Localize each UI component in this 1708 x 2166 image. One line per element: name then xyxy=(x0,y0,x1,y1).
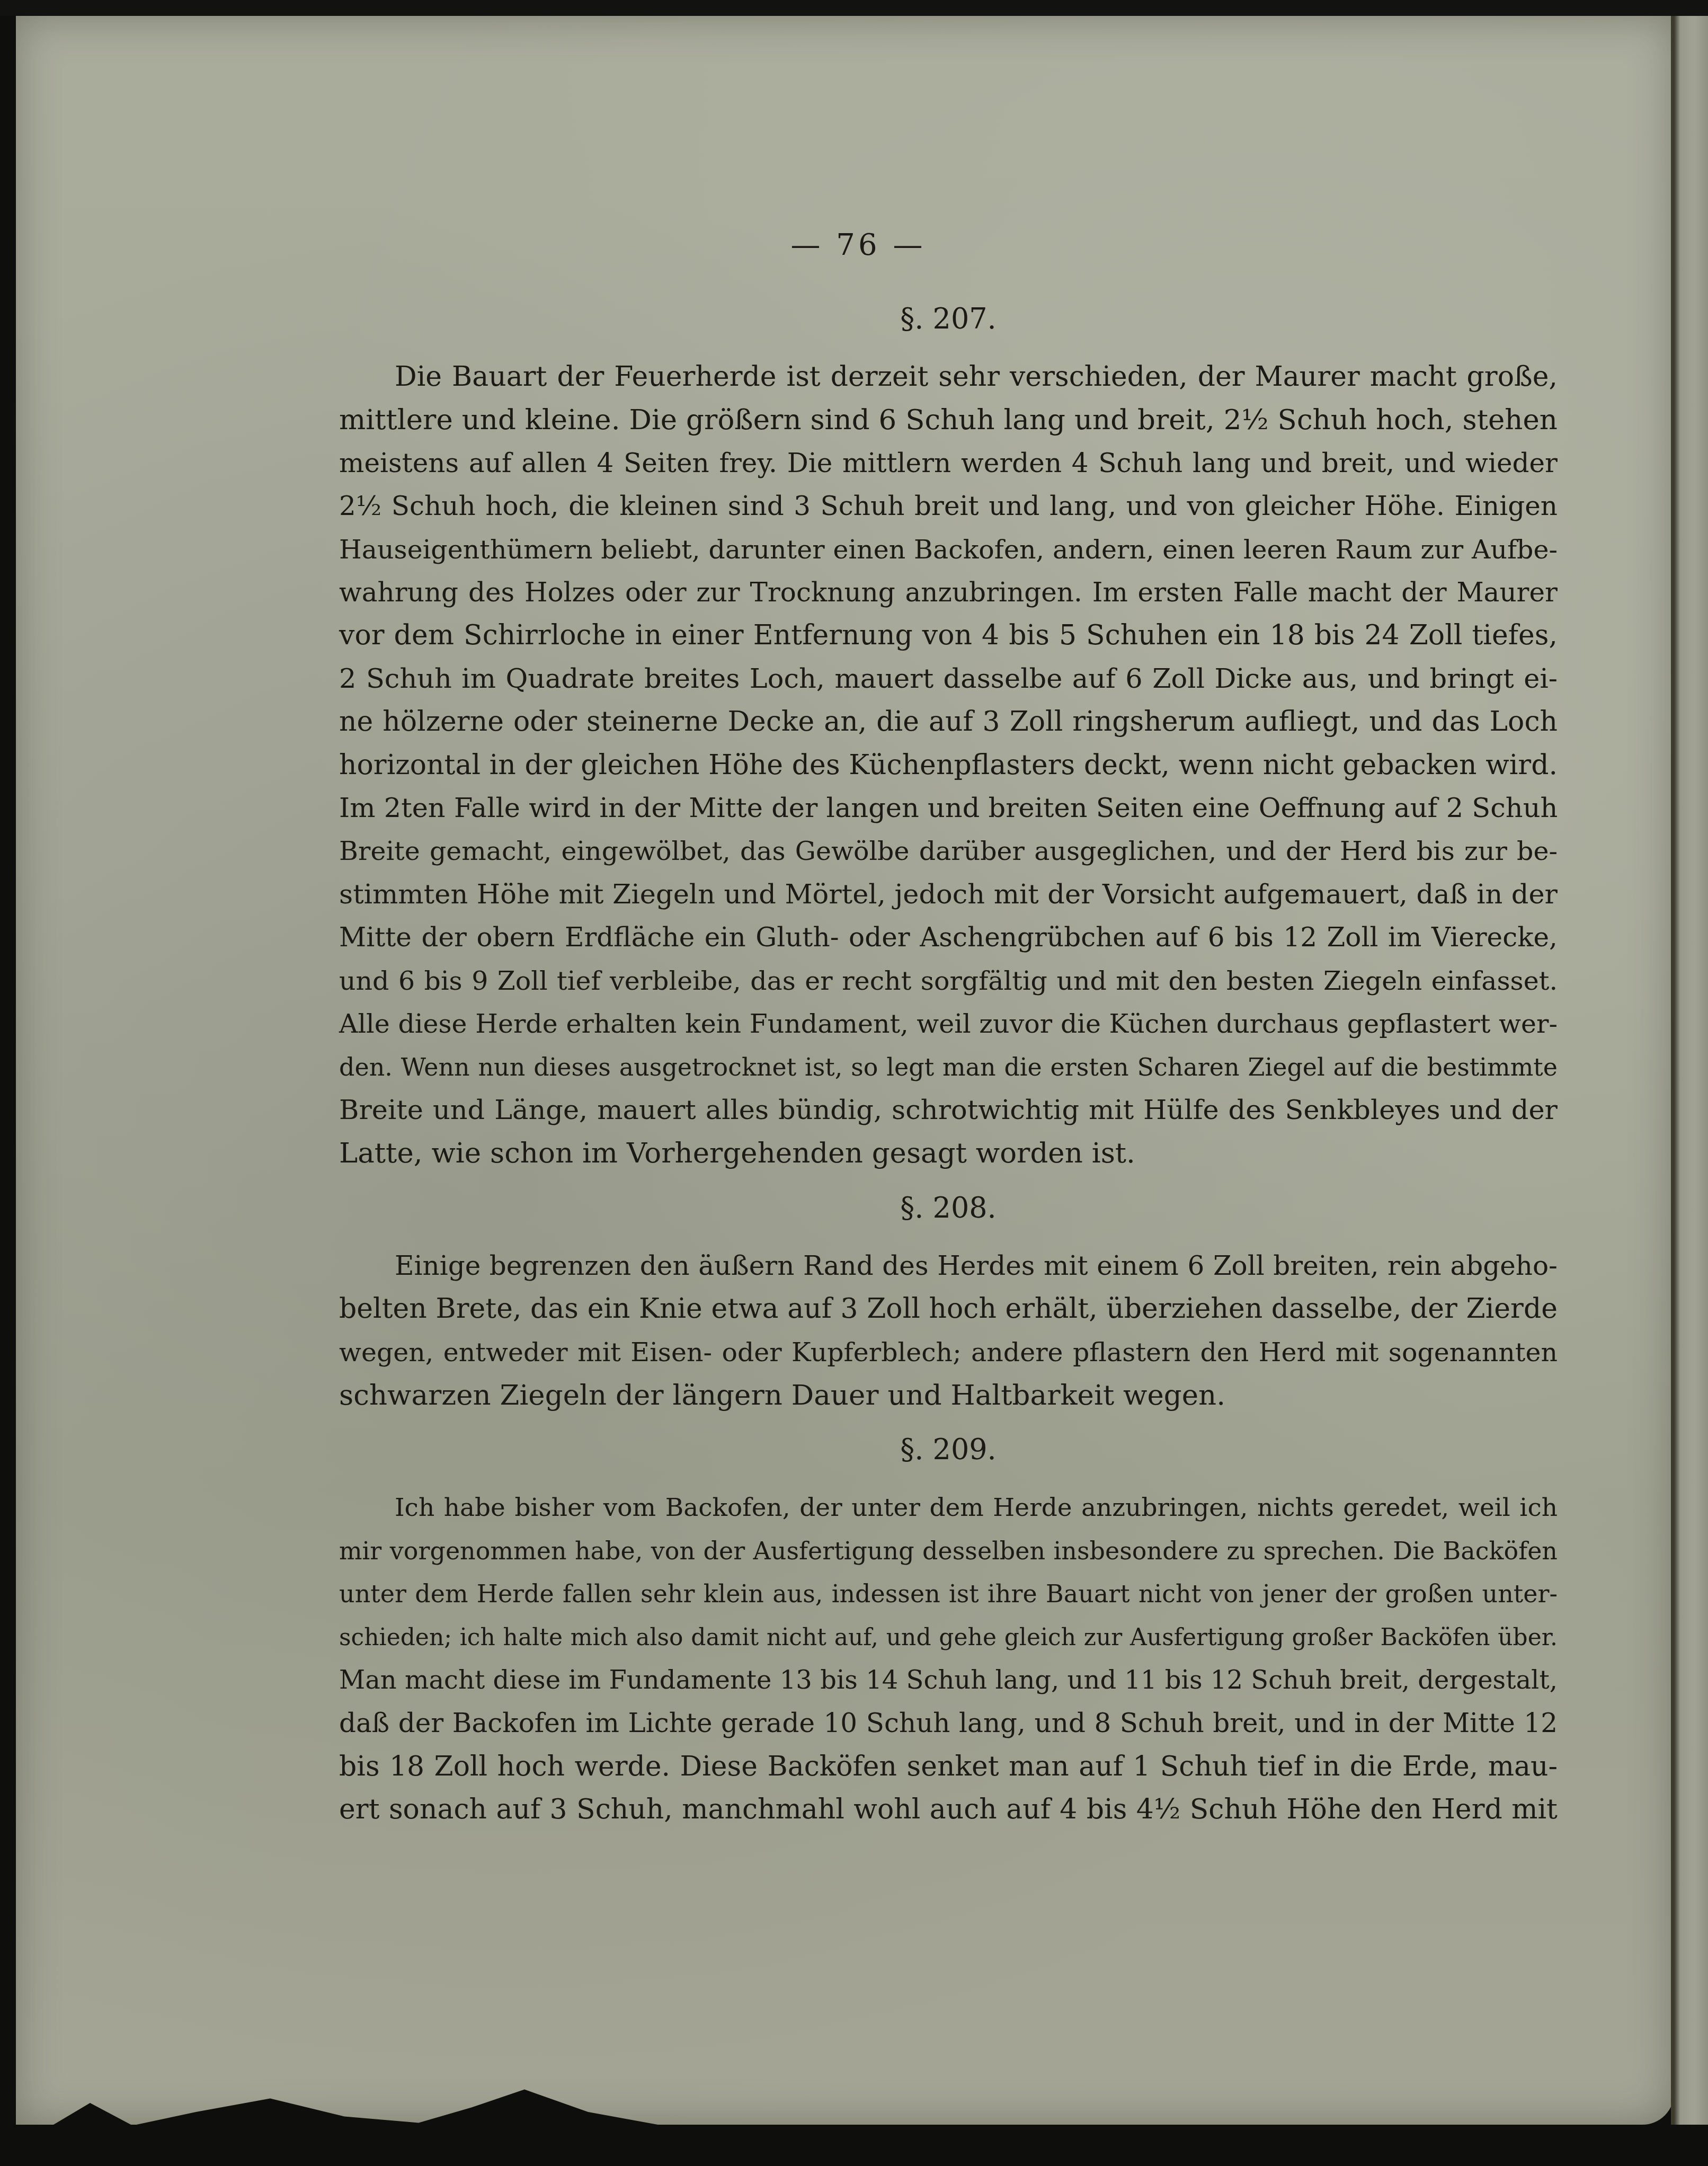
next-page-edge xyxy=(1674,16,1708,2125)
page-number: — 76 — xyxy=(159,228,1558,262)
text-line: und 6 bis 9 Zoll tief verbleibe, das er … xyxy=(339,960,1558,1002)
text-line: wegen, entweder mit Eisen- oder Kupferbl… xyxy=(339,1331,1558,1374)
text-line: Die Bauart der Feuerherde ist derzeit se… xyxy=(339,356,1558,398)
paragraph-207: Die Bauart der Feuerherde ist derzeit se… xyxy=(339,356,1558,1175)
text-line: horizontal in der gleichen Höhe des Küch… xyxy=(339,744,1558,787)
paragraph-208: Einige begrenzen den äußern Rand des Her… xyxy=(339,1245,1558,1417)
text-line: Breite und Länge, mauert alles bündig, s… xyxy=(339,1089,1558,1132)
text-line: 2½ Schuh hoch, die kleinen sind 3 Schuh … xyxy=(339,485,1558,528)
text-line: stimmten Höhe mit Ziegeln und Mörtel, je… xyxy=(339,873,1558,916)
text-line: Einige begrenzen den äußern Rand des Her… xyxy=(339,1245,1558,1288)
text-line: Ich habe bisher vom Backofen, der unter … xyxy=(339,1486,1558,1529)
section-heading-207: §. 207. xyxy=(339,302,1558,335)
text-line: schieden; ich halte mich also damit nich… xyxy=(339,1616,1558,1659)
text-line: mir vorgenommen habe, von der Ausfertigu… xyxy=(339,1530,1558,1573)
text-line: Mitte der obern Erdfläche ein Gluth- ode… xyxy=(339,916,1558,959)
text-line: vor dem Schirrloche in einer Entfernung … xyxy=(339,614,1558,657)
text-line: mittlere und kleine. Die größern sind 6 … xyxy=(339,398,1558,441)
text-line: meistens auf allen 4 Seiten frey. Die mi… xyxy=(339,442,1558,485)
scan-background-top xyxy=(0,0,1708,16)
text-line: ert sonach auf 3 Schuh, manchmahl wohl a… xyxy=(339,1788,1558,1831)
text-line: Man macht diese im Fundamente 13 bis 14 … xyxy=(339,1659,1558,1702)
text-line: Latte, wie schon im Vorhergehenden gesag… xyxy=(339,1132,1558,1175)
text-line: ne hölzerne oder steinerne Decke an, die… xyxy=(339,700,1558,743)
section-heading-208: §. 208. xyxy=(339,1191,1558,1224)
text-line: den. Wenn nun dieses ausgetrocknet ist, … xyxy=(339,1046,1558,1089)
section-heading-209: §. 209. xyxy=(339,1433,1558,1466)
text-line: wahrung des Holzes oder zur Trocknung an… xyxy=(339,571,1558,614)
page-content: — 76 — §. 207. Die Bauart der Feuerherde… xyxy=(339,228,1558,1832)
text-line: Breite gemacht, eingewölbet, das Gewölbe… xyxy=(339,830,1558,873)
text-line: Hauseigenthümern beliebt, darunter einen… xyxy=(339,528,1558,571)
text-line: 2 Schuh im Quadrate breites Loch, mauert… xyxy=(339,658,1558,700)
text-line: unter dem Herde fallen sehr klein aus, i… xyxy=(339,1573,1558,1615)
text-line: daß der Backofen im Lichte gerade 10 Sch… xyxy=(339,1702,1558,1745)
text-line: Alle diese Herde erhalten kein Fundament… xyxy=(339,1002,1558,1045)
text-line: belten Brete, das ein Knie etwa auf 3 Zo… xyxy=(339,1288,1558,1330)
text-line: schwarzen Ziegeln der längern Dauer und … xyxy=(339,1374,1558,1417)
paragraph-209: Ich habe bisher vom Backofen, der unter … xyxy=(339,1486,1558,1831)
text-line: Im 2ten Falle wird in der Mitte der lang… xyxy=(339,787,1558,830)
text-line: bis 18 Zoll hoch werde. Diese Backöfen s… xyxy=(339,1745,1558,1788)
